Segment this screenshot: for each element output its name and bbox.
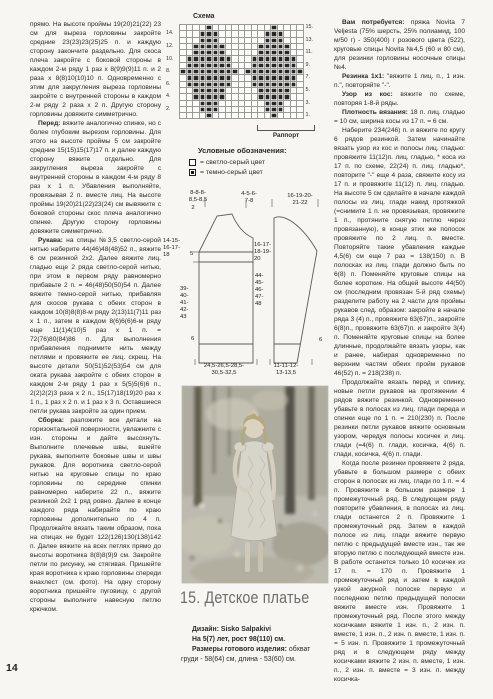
legend-item: = светло-серый цвет — [189, 159, 287, 166]
measurement-label: 39- 40- 41- 42- 43 — [180, 286, 194, 321]
paragraph: Перед: вяжите аналогично спинке, но с бо… — [30, 119, 161, 236]
paragraph: Плотность вязания: 18 п. лиц. гладью = 1… — [334, 108, 465, 126]
pattern-info-block: Дизайн: Sisko Salpakivi На 5(7) лет, рос… — [181, 625, 331, 665]
chart-grid — [179, 24, 304, 119]
chart-row-label: 15. — [306, 24, 314, 30]
chart-row-label: 4. — [166, 93, 171, 99]
measurement-label: 24,5-26,5-28,5- 30,5-32,5 — [188, 363, 260, 377]
chart-row-label: 12. — [166, 43, 174, 49]
body-piece-outline — [199, 214, 253, 363]
chart-row-label: 11. — [306, 49, 313, 55]
pattern-photo — [182, 386, 328, 583]
chart-cell — [297, 113, 304, 119]
age-size-line: На 5(7) лет, рост 98(110) см. — [181, 635, 331, 645]
knitting-chart-block: Схема 15.14.13.12.11.10.9.8.7.6.5.4.3.2.… — [179, 13, 315, 139]
measurement-label: 6 — [191, 336, 199, 343]
child-in-dress-photo-illustration — [182, 386, 328, 583]
measurement-label: 2 — [184, 205, 202, 212]
legend-items: = светло-серый цвет= темно-серый цвет — [189, 159, 287, 177]
chart-row-label: 8. — [166, 68, 171, 74]
chart-row-label: 5. — [306, 87, 311, 93]
left-text-column: прямо. На высоте проймы 19(20)21(22) 23 … — [30, 20, 161, 614]
chart-row-label: 14. — [166, 30, 174, 36]
filled-square-icon — [189, 169, 196, 176]
chart-row-label: 13. — [306, 37, 314, 43]
measurement-label: 11-11-12- 13-13,5 — [264, 363, 308, 377]
chart-row — [180, 113, 304, 119]
chart-row-label: 1. — [306, 112, 311, 118]
right-text-column: Вам потребуется: пряжа Novita 7 Veljesta… — [334, 18, 465, 684]
paragraph: Продолжайте вязать перед и спинку, новые… — [334, 378, 465, 459]
legend-label: = темно-серый цвет — [200, 169, 263, 176]
design-credit: Дизайн: Sisko Salpakivi — [181, 625, 331, 635]
paragraph: Когда после резинки провяжете 2 ряда, уб… — [334, 459, 465, 684]
paragraph: прямо. На высоте проймы 19(20)21(22) 23 … — [30, 20, 161, 119]
measurement-label: 8-8-8- 8,5-8,5 — [184, 190, 212, 204]
legend-item: = темно-серый цвет — [189, 169, 287, 176]
chart-row-label: 9. — [306, 62, 311, 68]
measurement-label: 44- 45- 46- 47- 48 — [255, 273, 269, 308]
paragraph: Узор из кос: вяжите по схеме, повторяя 1… — [334, 90, 465, 108]
sleeve-piece-outline — [274, 217, 317, 363]
paragraph: Вам потребуется: пряжа Novita 7 Veljesta… — [334, 18, 465, 72]
measurement-label: 16-19-20- 21-22 — [280, 193, 320, 207]
finished-sizes-values: груди - 58(64) см, длина - 53(60) см. — [181, 655, 331, 665]
chart-row-label: 10. — [166, 56, 174, 62]
knitting-chart: 15.14.13.12.11.10.9.8.7.6.5.4.3.2.1. — [179, 24, 315, 124]
paragraph: Резинка 1х1: "вяжите 1 лиц. п., 1 изн. п… — [334, 72, 465, 90]
repeat-label: Раппорт — [257, 132, 315, 139]
legend-label: = светло-серый цвет — [200, 159, 265, 166]
open-square-icon — [189, 159, 196, 166]
finished-sizes-lead: Размеры готового изделия: обхват — [181, 645, 331, 655]
measurement-label: 16-17- 18-19- 20 — [254, 242, 278, 263]
pattern-title: 15. Детское платье — [180, 588, 309, 608]
paragraph: Рукава: на спицы №3,5 светло-серой нитью… — [30, 236, 161, 416]
repeat-bracket — [257, 125, 315, 131]
page-number: 14 — [6, 662, 18, 674]
chart-title: Схема — [193, 13, 315, 20]
chart-row-label: 3. — [306, 100, 311, 106]
legend-title: Условные обозначения: — [198, 146, 287, 155]
garment-schematic: 8-8-8- 8,5-8,524-5-6- 7-816-19-20- 21-22… — [160, 188, 332, 388]
measurement-label: 5 — [190, 251, 198, 258]
measurement-label: 4-5-6- 7-8 — [236, 191, 262, 205]
paragraph: Наберите 234(246) п. и вяжите по кругу 6… — [334, 126, 465, 378]
chart-row-label: 7. — [306, 74, 311, 80]
chart-row-label: 6. — [166, 81, 171, 87]
chart-row-label: 2. — [166, 106, 171, 112]
paragraph: Сборка: разложите все детали на горизонт… — [30, 416, 161, 614]
measurement-label: 6 — [319, 337, 327, 344]
magazine-page: прямо. На высоте проймы 19(20)21(22) 23 … — [0, 0, 493, 699]
measurement-label: 14-15- 16-17- 18 — [163, 238, 187, 259]
chart-legend: Условные обозначения: = светло-серый цве… — [189, 146, 287, 176]
